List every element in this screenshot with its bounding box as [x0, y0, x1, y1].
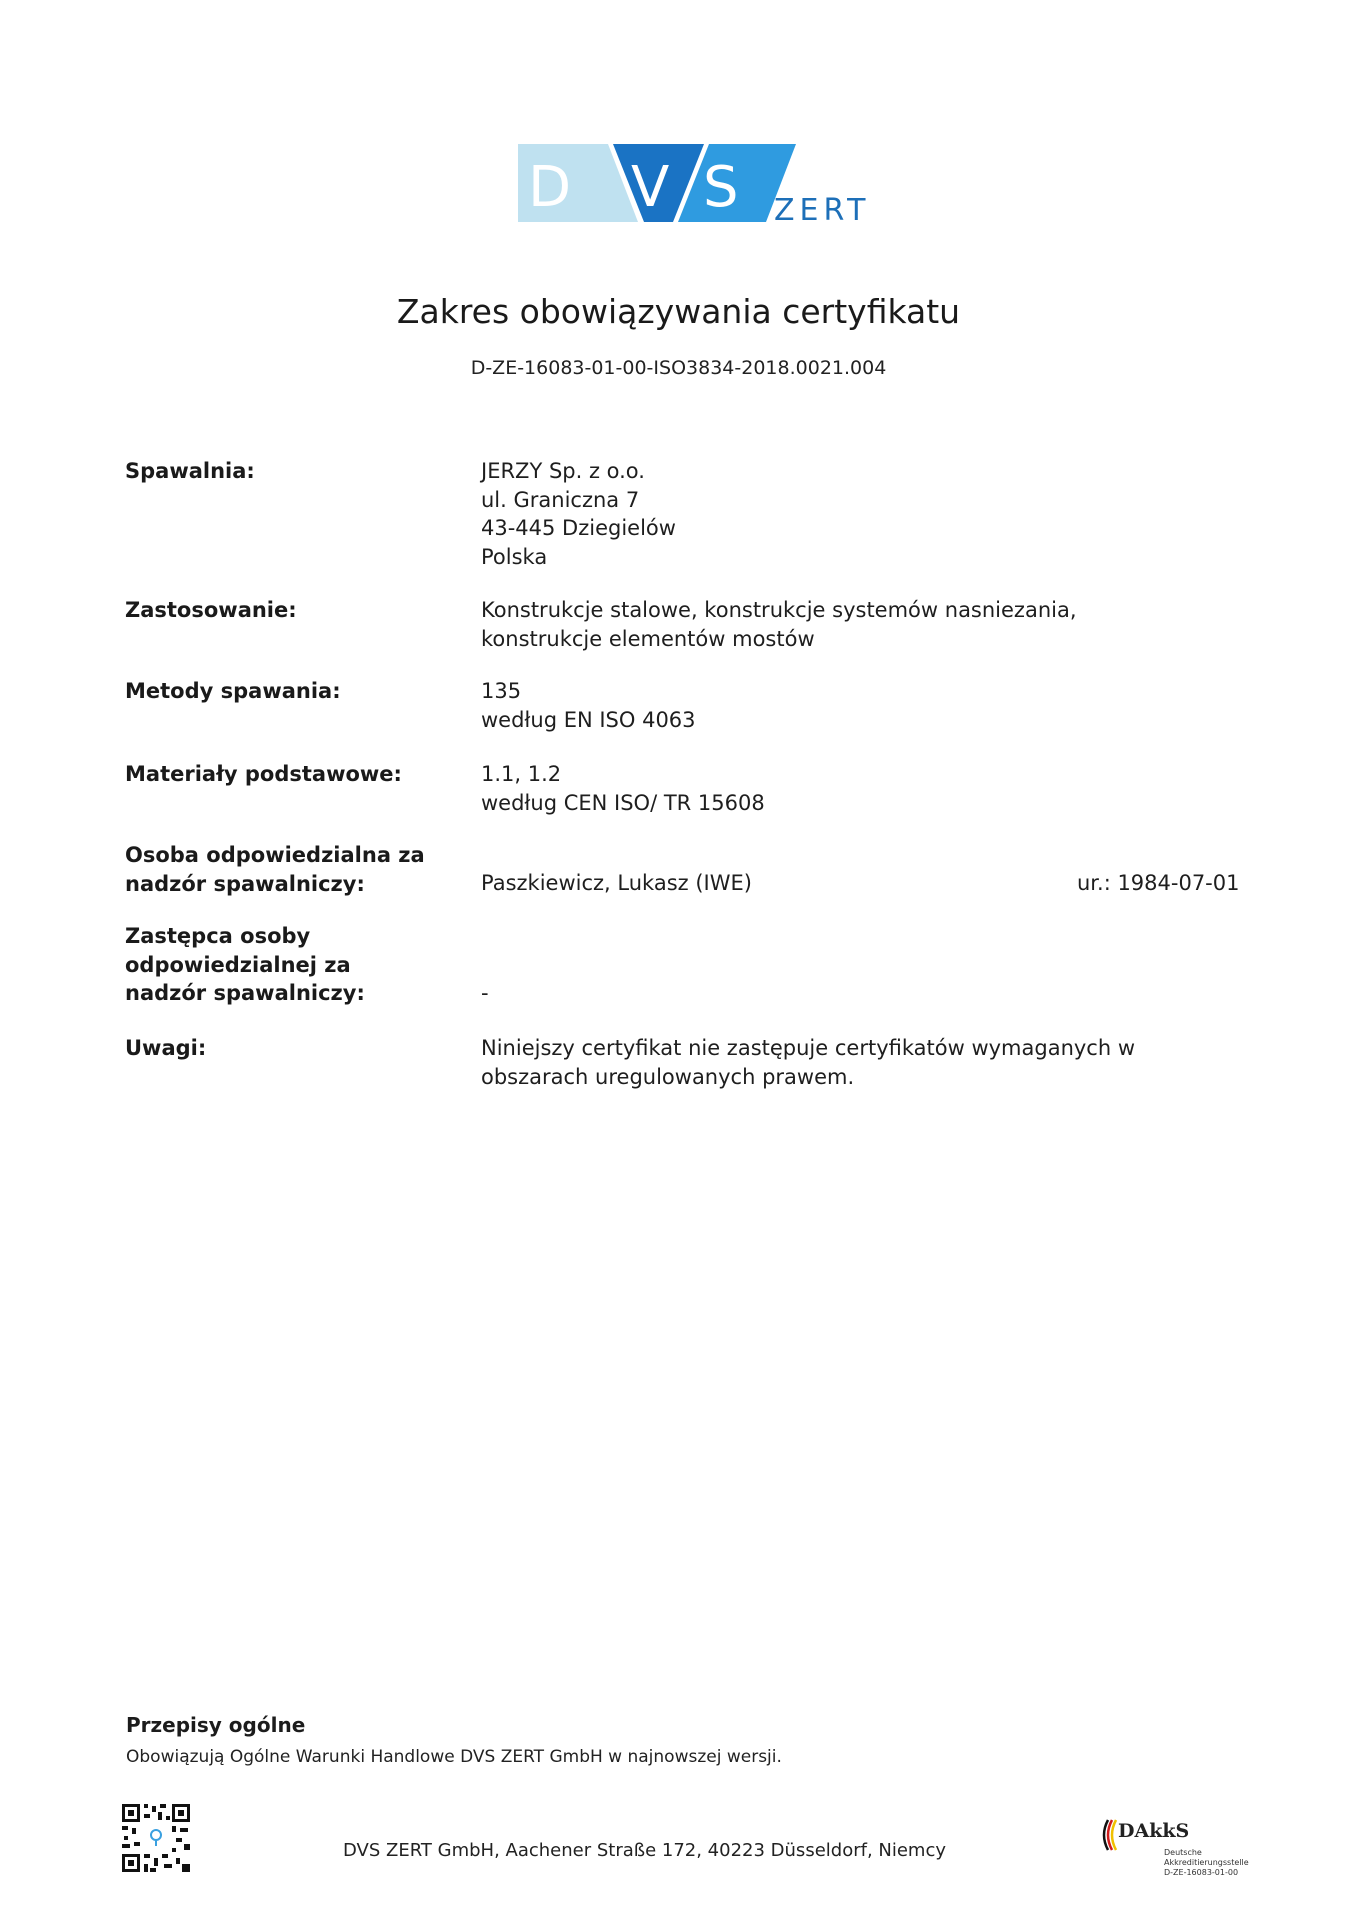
label-line: nadzór spawalniczy:	[125, 870, 425, 899]
remarks-line: obszarach uregulowanych prawem.	[481, 1063, 1135, 1092]
value-deputy: -	[481, 979, 489, 1008]
label-line: odpowiedzialnej za	[125, 951, 365, 980]
value-remarks: Niniejszy certyfikat nie zastępuje certy…	[481, 1034, 1135, 1091]
welding-method-standard: według EN ISO 4063	[481, 706, 696, 735]
value-welding-methods: 135 według EN ISO 4063	[481, 677, 696, 734]
workshop-country: Polska	[481, 543, 676, 572]
label-remarks: Uwagi:	[125, 1034, 206, 1063]
dakks-accreditation-logo: DAkkS Deutsche Akkreditierungsstelle D-Z…	[1098, 1814, 1268, 1886]
svg-text:ZERT: ZERT	[774, 193, 871, 224]
workshop-name: JERZY Sp. z o.o.	[481, 457, 676, 486]
label-workshop: Spawalnia:	[125, 457, 255, 486]
general-rules-title: Przepisy ogólne	[126, 1712, 305, 1738]
label-base-materials: Materiały podstawowe:	[125, 760, 402, 789]
qr-code-icon[interactable]	[120, 1802, 192, 1874]
page-title: Zakres obowiązywania certyfikatu	[0, 290, 1357, 334]
label-responsible-person: Osoba odpowiedzialna za nadzór spawalnic…	[125, 841, 425, 898]
application-line: Konstrukcje stalowe, konstrukcje systemó…	[481, 596, 1077, 625]
dakks-flag-arcs-icon	[1098, 1818, 1118, 1852]
general-rules-text: Obowiązują Ogólne Warunki Handlowe DVS Z…	[126, 1745, 782, 1769]
svg-text:S: S	[703, 155, 739, 220]
dvs-zert-logo: D V S ZERT	[518, 142, 880, 224]
remarks-line: Niniejszy certyfikat nie zastępuje certy…	[481, 1034, 1135, 1063]
label-line: nadzór spawalniczy:	[125, 979, 365, 1008]
base-material-groups: 1.1, 1.2	[481, 760, 765, 789]
birth-date: ur.: 1984-07-01	[1077, 869, 1239, 898]
label-application: Zastosowanie:	[125, 596, 297, 625]
label-deputy: Zastępca osoby odpowiedzialnej za nadzór…	[125, 922, 365, 1008]
value-responsible-person: Paszkiewicz, Lukasz (IWE)	[481, 869, 752, 898]
value-base-materials: 1.1, 1.2 według CEN ISO/ TR 15608	[481, 760, 765, 817]
certificate-number: D-ZE-16083-01-00-ISO3834-2018.0021.004	[0, 355, 1357, 381]
workshop-city: 43-445 Dziegielów	[481, 514, 676, 543]
welding-method-code: 135	[481, 677, 696, 706]
label-line: Zastępca osoby	[125, 922, 365, 951]
svg-text:V: V	[631, 155, 669, 220]
dakks-line: D-ZE-16083-01-00	[1164, 1868, 1238, 1878]
label-line: Osoba odpowiedzialna za	[125, 841, 425, 870]
dakks-line: Akkreditierungsstelle	[1164, 1858, 1249, 1868]
label-welding-methods: Metody spawania:	[125, 677, 341, 706]
value-application: Konstrukcje stalowe, konstrukcje systemó…	[481, 596, 1077, 653]
dakks-line: Deutsche	[1164, 1848, 1202, 1858]
dakks-name: DAkkS	[1118, 1820, 1189, 1842]
workshop-street: ul. Graniczna 7	[481, 486, 676, 515]
application-line: konstrukcje elementów mostów	[481, 625, 1077, 654]
base-material-standard: według CEN ISO/ TR 15608	[481, 789, 765, 818]
value-workshop: JERZY Sp. z o.o. ul. Graniczna 7 43-445 …	[481, 457, 676, 571]
svg-text:D: D	[528, 155, 571, 220]
company-address: DVS ZERT GmbH, Aachener Straße 172, 4022…	[343, 1839, 946, 1863]
